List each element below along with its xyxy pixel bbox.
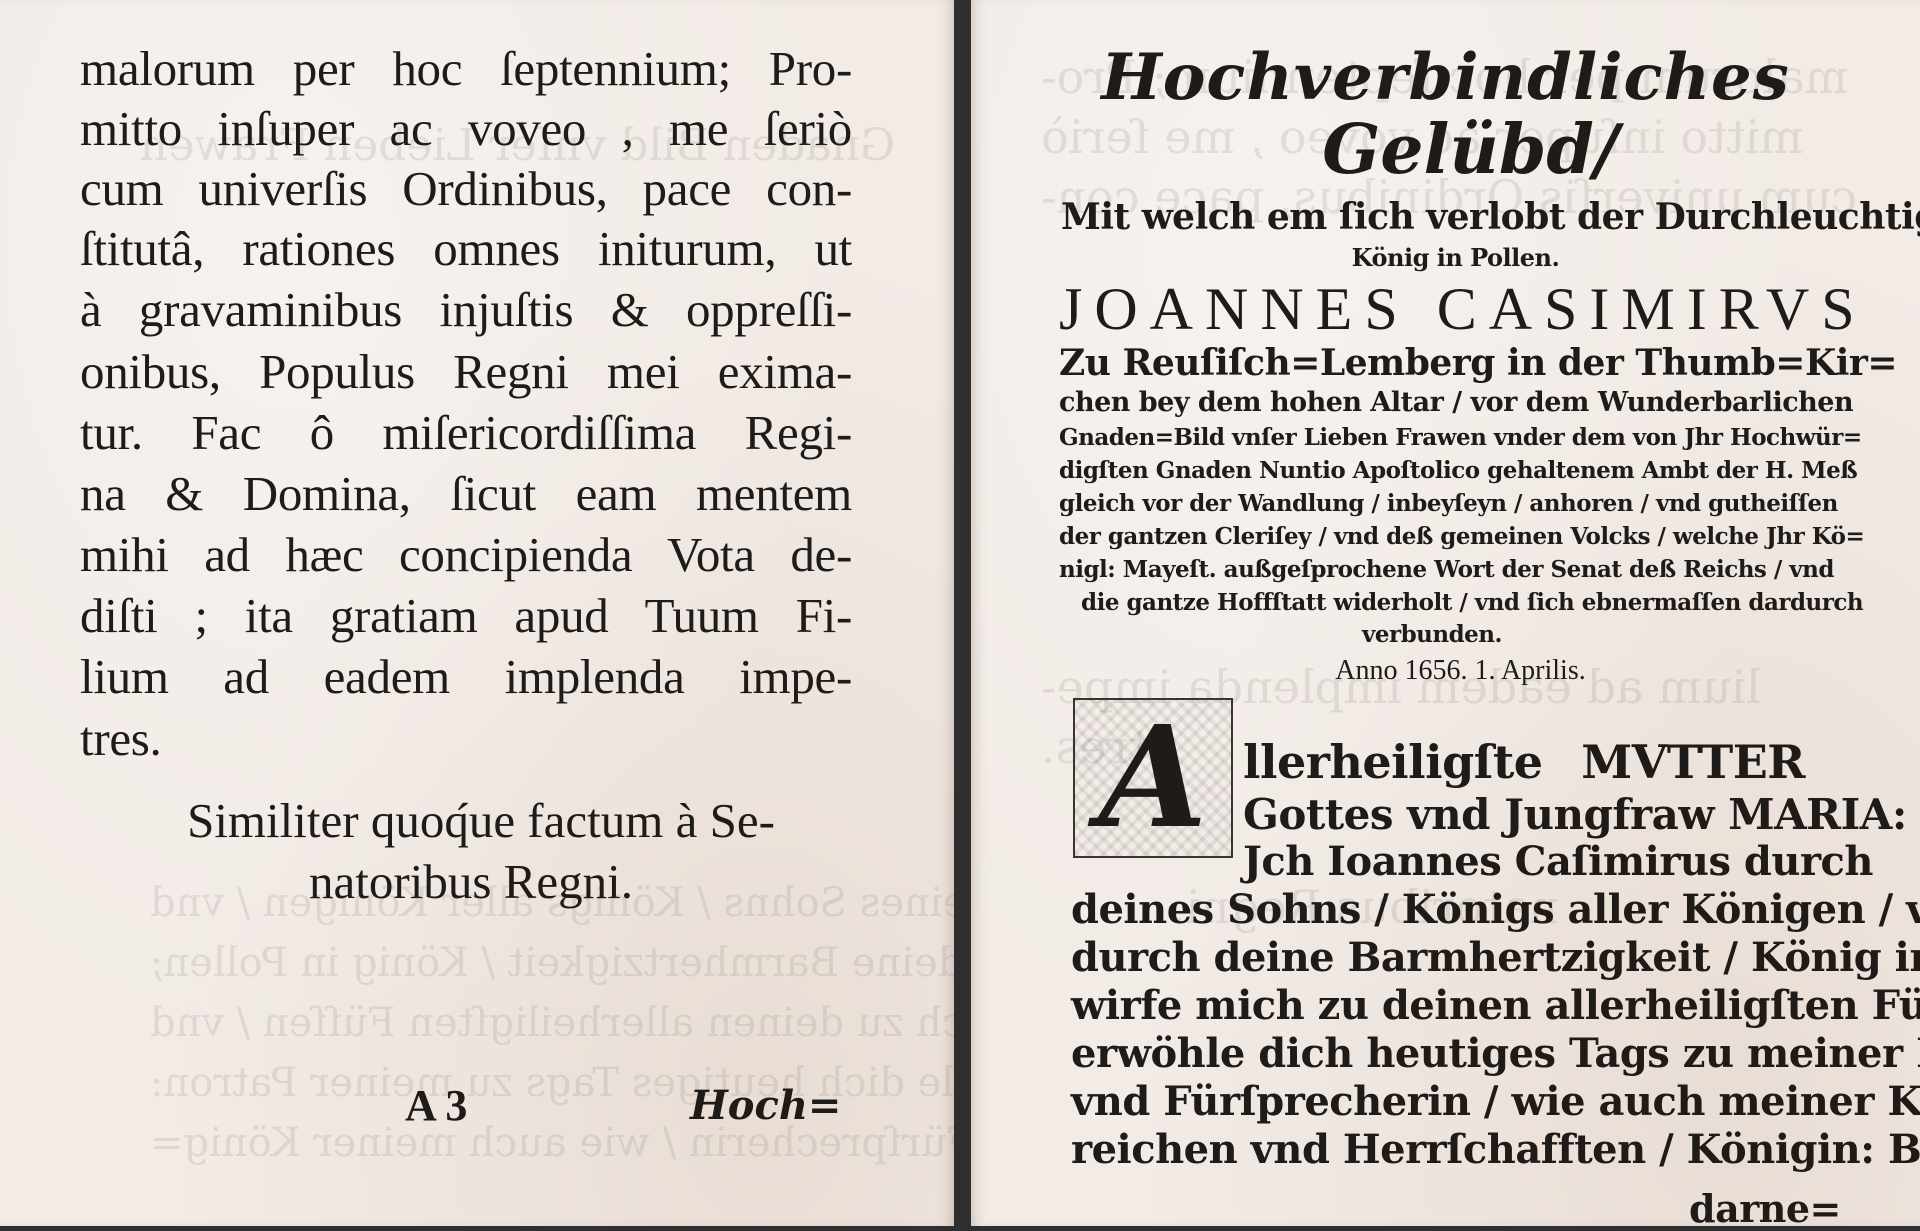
intro-line: gleich vor der Wandlung / inbeyſeyn / an… [1059, 490, 1805, 517]
closing-line: Similiter quoq́ue factum à Se- [80, 796, 852, 845]
prayer-line: Jch Ioannes Caſimirus durch [1243, 838, 1805, 885]
latin-text-line: tres. [80, 714, 162, 763]
latin-text-line: tur. Fac ô miſericordiſſima Regi- [80, 408, 852, 457]
latin-text-line: lium ad eadem implenda impe- [80, 652, 852, 701]
catchword: darne= [1689, 1186, 1841, 1226]
intro-line: verbunden. [1059, 621, 1805, 648]
latin-text-line: onibus, Populus Regni mei exima- [80, 347, 852, 396]
right-page: malorum per hoc ſeptennium; Pro- mitto i… [971, 0, 1920, 1226]
bleed-through-text: durch deine Barmhertzigkeit / König in P… [150, 940, 954, 986]
prayer-line: erwöhle dich heutiges Tags zu meiner Pat… [1071, 1030, 1805, 1077]
prayer-line: durch deine Barmhertzigkeit / König in P… [1071, 934, 1805, 981]
initial-letter: A [1099, 708, 1208, 848]
intro-line: nigl: Mayeſt. außgeſprochene Wort der Se… [1059, 556, 1805, 583]
king-name: JOANNES CASIMIRVS [1059, 275, 1805, 344]
latin-text-line: mihi ad hæc concipienda Vota de- [80, 530, 852, 579]
closing-line: natoribus Regni. [80, 857, 852, 906]
decorated-initial: A [1073, 698, 1233, 858]
latin-text-line: malorum per hoc ſeptennium; Pro- [80, 44, 852, 93]
prayer-line: deines Sohns / Königs aller Königen / vn… [1071, 886, 1805, 933]
intro-line: der gantzen Cleriſey / vnd deß gemeinen … [1059, 523, 1805, 550]
intro-line: Zu Reuſiſch=Lemberg in der Thumb=Kir= [1059, 342, 1805, 384]
latin-text-line: ſtitutâ, rationes omnes initurum, ut [80, 224, 852, 273]
intro-line: Gnaden=Bild vnſer Lieben Frawen vnder de… [1059, 424, 1805, 451]
intro-line: die gantze Hoffſtatt widerholt / vnd ſic… [1081, 589, 1781, 616]
intro-line: digſten Gnaden Nuntio Apoſtolico gehalte… [1059, 457, 1805, 484]
title-line-1: Hochverbindliches [971, 40, 1920, 115]
date-line: Anno 1656. 1. Aprilis. [971, 655, 1920, 687]
subtitle-line-2: König in Pollen. [971, 243, 1920, 272]
latin-text-line: cum univerſis Ordinibus, pace con- [80, 164, 852, 213]
latin-text-line: mitto inſuper ac voveo , me ſeriò [80, 104, 852, 153]
prayer-line: llerheiligſte MVTTER [1243, 735, 1805, 789]
latin-text-line: na & Domina, ſicut eam mentem [80, 469, 852, 518]
catchword: Hoch= [690, 1082, 841, 1129]
prayer-line: vnd Fürſprecherin / wie auch meiner Köni… [1071, 1078, 1805, 1125]
prayer-line: Gottes vnd Jungfraw MARIA: [1243, 790, 1805, 839]
latin-text-line: diſti ; ita gratiam apud Tuum Fi- [80, 591, 852, 640]
intro-line: chen bey dem hohen Altar / vor dem Wunde… [1059, 387, 1805, 418]
latin-text-line: à gravaminibus injuſtis & oppreſſi- [80, 285, 852, 334]
left-page: Gnaden Bild vnſer Lieben Frawen deines S… [0, 0, 954, 1226]
title-line-2: Gelübd/ [971, 110, 1920, 190]
prayer-line: reichen vnd Herrſchafften / Königin: Bef… [1071, 1126, 1805, 1173]
signature-mark: A 3 [405, 1080, 467, 1131]
prayer-line: wirfe mich zu deinen allerheiligſten Füſ… [1071, 982, 1805, 1029]
subtitle-line-1: Mit welch em ſich verlobt der Durchleuch… [1061, 196, 1803, 238]
bleed-through-text: wirfe mich zu deinen allerheiligſten Füſ… [150, 1000, 954, 1046]
